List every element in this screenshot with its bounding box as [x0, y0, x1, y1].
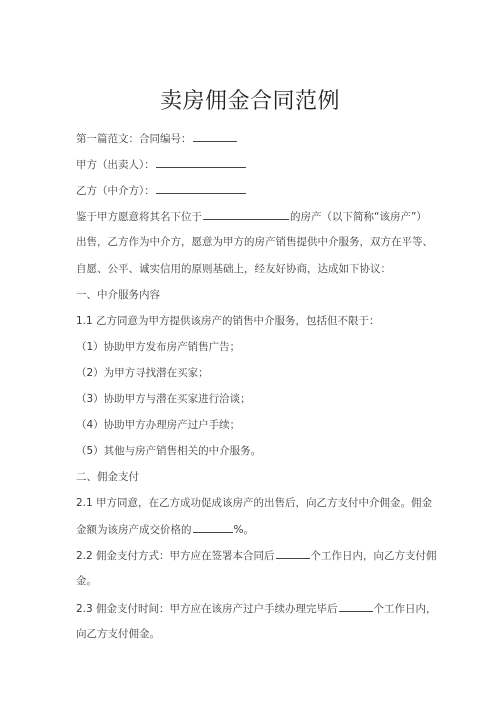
clause-text: %。 [234, 524, 254, 536]
party-b-label: 乙方（中介方）： [76, 185, 155, 197]
party-b-blank[interactable] [156, 183, 246, 194]
service-item-4: （4）协助甲方办理房产过户手续； [76, 418, 240, 432]
clause-2-3-line-1: 2.3 佣金支付时间：甲方应在该房产过户手续办理完毕后个工作日内， [76, 601, 437, 616]
preamble-line-2: 出售，乙方作为中介方，愿意为甲方的房产销售提供中介服务，双方在平等、 [76, 235, 433, 249]
contract-number-blank[interactable] [193, 131, 237, 142]
payment-days-blank[interactable] [276, 548, 310, 559]
service-item-5: （5）其他与房产销售相关的中介服务。 [76, 444, 261, 458]
preamble-line-3: 自愿、公平、诚实信用的原则基础上，经友好协商，达成如下协议： [76, 262, 391, 276]
clause-text: 个工作日内， [374, 603, 437, 615]
party-b-field: 乙方（中介方）： [76, 183, 247, 198]
section-1-heading: 一、中介服务内容 [76, 288, 160, 302]
service-item-2: （2）为甲方寻找潜在买家； [76, 366, 209, 380]
clause-2-1-line-1: 2.1 甲方同意，在乙方成功促成该房产的出售后，向乙方支付中介佣金。佣金 [76, 496, 432, 510]
preamble-line-1: 鉴于甲方愿意将其名下位于的房产（以下简称“该房产”） [76, 209, 427, 224]
clause-text: 2.3 佣金支付时间：甲方应在该房产过户手续办理完毕后 [76, 603, 338, 615]
preamble-text: 鉴于甲方愿意将其名下位于 [76, 211, 202, 223]
clause-1-1: 1.1 乙方同意为甲方提供该房产的销售中介服务，包括但不限于： [76, 314, 380, 328]
clause-2-1-line-2: 金额为该房产成交价格的%。 [76, 522, 254, 537]
clause-text: 金额为该房产成交价格的 [76, 524, 192, 536]
preamble-text: 的房产（以下简称“该房产”） [290, 211, 427, 223]
property-location-blank[interactable] [203, 209, 289, 220]
section-2-heading: 二、佣金支付 [76, 470, 139, 484]
service-item-3: （3）协助甲方与潜在买家进行洽谈； [76, 392, 251, 406]
document-title: 卖房佣金合同范例 [0, 84, 500, 115]
transfer-days-blank[interactable] [339, 601, 373, 612]
contract-number-field: 第一篇范文：合同编号： [76, 131, 238, 146]
party-a-field: 甲方（出卖人）： [76, 157, 247, 172]
clause-text: 个工作日内，向乙方支付佣 [311, 550, 437, 562]
service-item-1: （1）协助甲方发布房产销售广告； [76, 340, 240, 354]
clause-2-2-line-1: 2.2 佣金支付方式：甲方应在签署本合同后个工作日内，向乙方支付佣 [76, 548, 437, 563]
clause-text: 2.2 佣金支付方式：甲方应在签署本合同后 [76, 550, 275, 562]
contract-number-label: 第一篇范文：合同编号： [76, 133, 192, 145]
commission-percent-blank[interactable] [193, 522, 233, 533]
document-page: 卖房佣金合同范例 第一篇范文：合同编号： 甲方（出卖人）： 乙方（中介方）： 鉴… [0, 0, 500, 707]
party-a-blank[interactable] [156, 157, 246, 168]
clause-2-3-line-2: 向乙方支付佣金。 [76, 627, 160, 641]
clause-2-2-line-2: 金。 [76, 574, 97, 588]
party-a-label: 甲方（出卖人）： [76, 159, 155, 171]
